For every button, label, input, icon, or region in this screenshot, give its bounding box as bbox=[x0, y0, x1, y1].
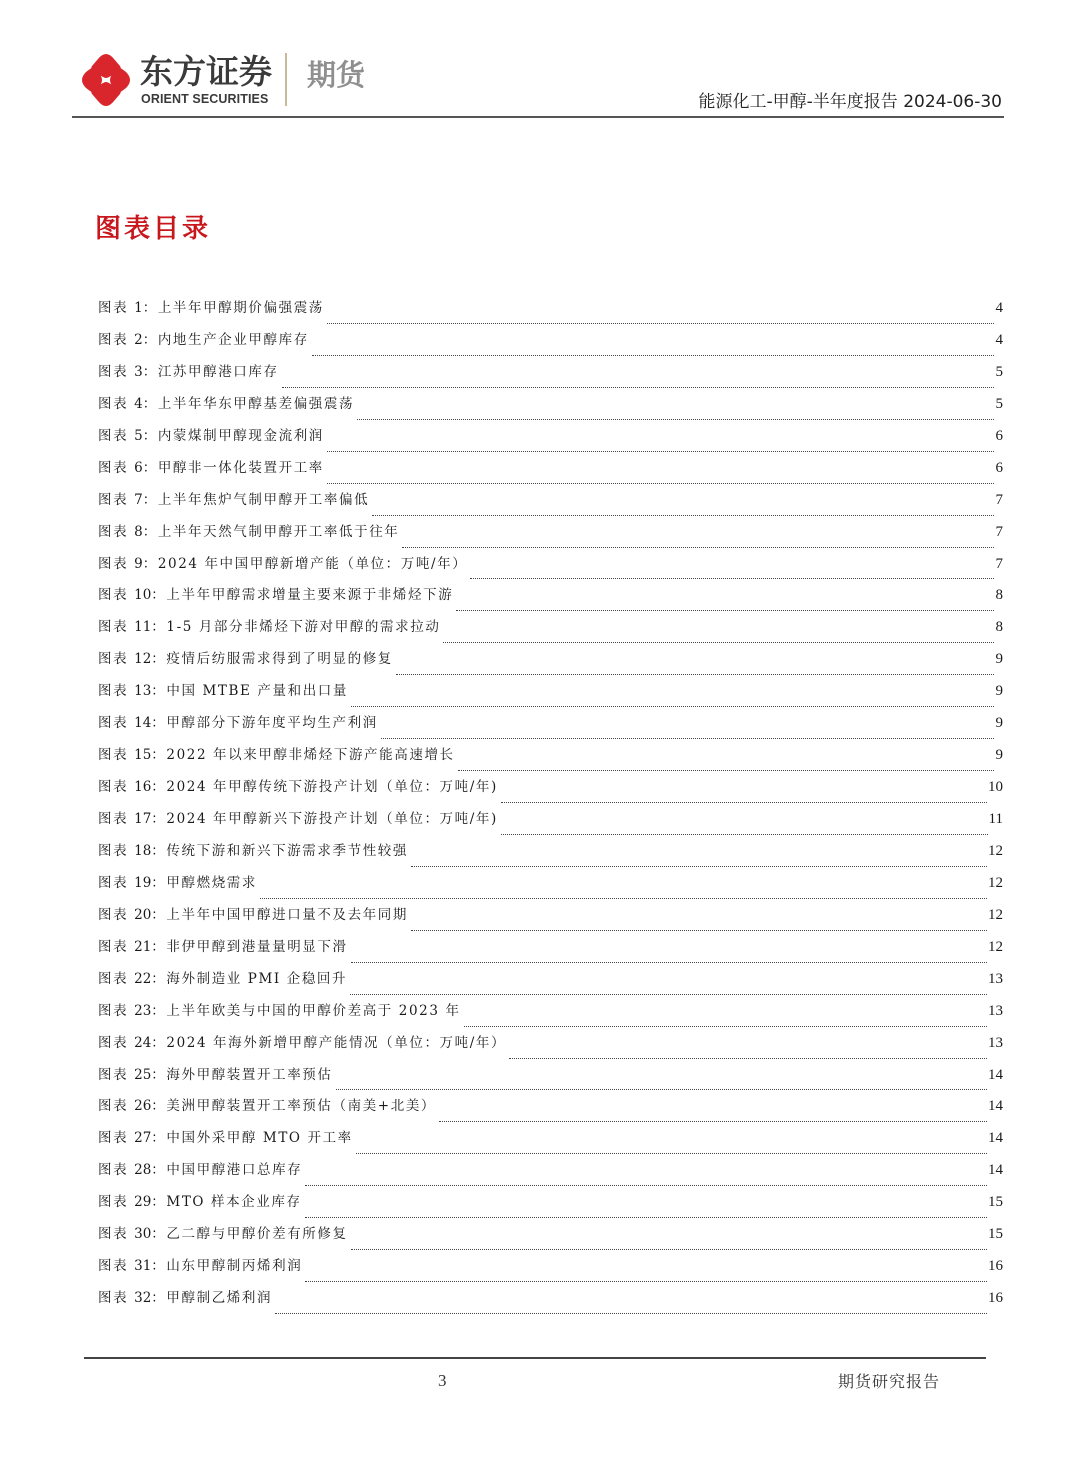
toc-entry-number: 26 bbox=[134, 1098, 151, 1114]
toc-entry[interactable]: 图表 23：上半年欧美与中国的甲醇价差高于 2023 年13 bbox=[98, 1001, 1003, 1033]
toc-entry-prefix: 图表 bbox=[98, 1003, 128, 1019]
toc-entry-separator: ： bbox=[151, 1130, 166, 1146]
footer-label: 期货研究报告 bbox=[838, 1369, 940, 1392]
toc-entry-separator: ： bbox=[143, 460, 158, 476]
toc-dot-leader bbox=[351, 1237, 987, 1251]
toc-entry-title: 上半年中国甲醇进口量不及去年同期 bbox=[166, 907, 408, 923]
toc-entry-page: 13 bbox=[988, 1033, 1003, 1053]
toc-entry[interactable]: 图表 13：中国 MTBE 产量和出口量9 bbox=[98, 681, 1003, 713]
toc-entry-label: 图表 7：上半年焦炉气制甲醇开工率偏低 bbox=[98, 490, 371, 510]
toc-entry-prefix: 图表 bbox=[98, 364, 128, 380]
toc-dot-leader bbox=[282, 375, 994, 389]
toc-entry-number: 29 bbox=[134, 1194, 151, 1210]
toc-entry[interactable]: 图表 17：2024 年甲醇新兴下游投产计划（单位：万吨/年)11 bbox=[98, 809, 1003, 841]
toc-entry-label: 图表 6：甲醇非一体化装置开工率 bbox=[98, 458, 326, 478]
toc-dot-leader bbox=[305, 1269, 987, 1283]
toc-entry-number: 20 bbox=[134, 907, 151, 923]
toc-entry-page: 10 bbox=[988, 777, 1003, 797]
toc-entry-separator: ： bbox=[151, 1194, 166, 1210]
toc-dot-leader bbox=[351, 950, 987, 964]
toc-entry-title: 美洲甲醇装置开工率预估（南美+北美） bbox=[166, 1098, 436, 1114]
toc-entry-title: 上半年甲醇期价偏强震荡 bbox=[158, 300, 324, 316]
toc-entry[interactable]: 图表 32：甲醇制乙烯利润16 bbox=[98, 1288, 1003, 1320]
toc-entry-title: 海外制造业 PMI 企稳回升 bbox=[166, 971, 347, 987]
toc-entry-number: 32 bbox=[134, 1290, 151, 1306]
toc-entry-page: 5 bbox=[995, 394, 1003, 414]
toc-entry-prefix: 图表 bbox=[98, 587, 128, 603]
toc-entry-prefix: 图表 bbox=[98, 1290, 128, 1306]
toc-dot-leader bbox=[351, 694, 994, 708]
toc-entry-label: 图表 14：甲醇部分下游年度平均生产利润 bbox=[98, 713, 380, 733]
toc-dot-leader bbox=[464, 1014, 987, 1028]
toc-entry[interactable]: 图表 24：2024 年海外新增甲醇产能情况（单位：万吨/年）13 bbox=[98, 1033, 1003, 1065]
toc-entry-page: 12 bbox=[988, 873, 1003, 893]
toc-entry-number: 2 bbox=[134, 332, 143, 348]
toc-title: 图表目录 bbox=[95, 212, 211, 246]
toc-dot-leader bbox=[312, 343, 994, 357]
toc-entry-prefix: 图表 bbox=[98, 396, 128, 412]
toc-entry-title: 上半年欧美与中国的甲醇价差高于 2023 年 bbox=[166, 1003, 460, 1019]
toc-entry-page: 7 bbox=[995, 554, 1003, 574]
toc-entry-prefix: 图表 bbox=[98, 524, 128, 540]
toc-entry-title: 非伊甲醇到港量量明显下滑 bbox=[166, 939, 347, 955]
toc-entry-title: 甲醇燃烧需求 bbox=[166, 875, 257, 891]
toc-entry-label: 图表 31：山东甲醇制丙烯利润 bbox=[98, 1256, 304, 1276]
toc-entry[interactable]: 图表 2：内地生产企业甲醇库存4 bbox=[98, 330, 1003, 362]
toc-entry-prefix: 图表 bbox=[98, 683, 128, 699]
toc-entry-prefix: 图表 bbox=[98, 428, 128, 444]
toc-dot-leader bbox=[327, 471, 994, 485]
toc-entry-title: 传统下游和新兴下游需求季节性较强 bbox=[166, 843, 408, 859]
toc-entry-separator: ： bbox=[151, 1226, 166, 1242]
toc-entry-label: 图表 24：2024 年海外新增甲醇产能情况（单位：万吨/年） bbox=[98, 1033, 508, 1053]
toc-entry-page: 15 bbox=[988, 1192, 1003, 1212]
toc-entry-separator: ： bbox=[151, 843, 166, 859]
toc-entry-number: 13 bbox=[134, 683, 151, 699]
toc-dot-leader bbox=[372, 503, 994, 517]
toc-entry[interactable]: 图表 6：甲醇非一体化装置开工率6 bbox=[98, 458, 1003, 490]
toc-entry-title: 上半年华东甲醇基差偏强震荡 bbox=[158, 396, 354, 412]
toc-entry-prefix: 图表 bbox=[98, 779, 128, 795]
toc-entry-page: 7 bbox=[995, 522, 1003, 542]
toc-entry-title: 2024 年海外新增甲醇产能情况（单位：万吨/年） bbox=[166, 1035, 506, 1051]
toc-entry-page: 12 bbox=[988, 841, 1003, 861]
toc-entry-separator: ： bbox=[151, 779, 166, 795]
toc-entry[interactable]: 图表 19：甲醇燃烧需求12 bbox=[98, 873, 1003, 905]
toc-entry-prefix: 图表 bbox=[98, 651, 128, 667]
toc-entry-separator: ： bbox=[151, 1067, 166, 1083]
toc-entry-separator: ： bbox=[151, 907, 166, 923]
toc-entry-label: 图表 23：上半年欧美与中国的甲醇价差高于 2023 年 bbox=[98, 1001, 463, 1021]
footer-page-number: 3 bbox=[438, 1371, 447, 1391]
toc-entry[interactable]: 图表 1：上半年甲醇期价偏强震荡4 bbox=[98, 298, 1003, 330]
toc-entry-label: 图表 1：上半年甲醇期价偏强震荡 bbox=[98, 298, 326, 318]
toc-entry[interactable]: 图表 12：疫情后纺服需求得到了明显的修复9 bbox=[98, 649, 1003, 681]
toc-dot-leader bbox=[501, 822, 988, 836]
toc-entry-separator: ： bbox=[143, 396, 158, 412]
toc-entry-number: 8 bbox=[134, 524, 143, 540]
logo-company-name-cn: 东方证券 bbox=[140, 53, 272, 91]
toc-entry-separator: ： bbox=[151, 651, 166, 667]
toc-entry-prefix: 图表 bbox=[98, 875, 128, 891]
toc-entry-number: 1 bbox=[134, 300, 143, 316]
toc-dot-leader bbox=[356, 1141, 987, 1155]
toc-entry-separator: ： bbox=[151, 1162, 166, 1178]
toc-entry-prefix: 图表 bbox=[98, 300, 128, 316]
toc-dot-leader bbox=[443, 630, 994, 644]
toc-entry-title: 山东甲醇制丙烯利润 bbox=[166, 1258, 302, 1274]
toc-entry-page: 9 bbox=[995, 713, 1003, 733]
toc-entry[interactable]: 图表 20：上半年中国甲醇进口量不及去年同期12 bbox=[98, 905, 1003, 937]
toc-entry-page: 14 bbox=[988, 1096, 1003, 1116]
toc-entry-title: 疫情后纺服需求得到了明显的修复 bbox=[166, 651, 393, 667]
toc-entry-title: 乙二醇与甲醇价差有所修复 bbox=[166, 1226, 347, 1242]
toc-entry-label: 图表 13：中国 MTBE 产量和出口量 bbox=[98, 681, 350, 701]
toc-entry-prefix: 图表 bbox=[98, 556, 128, 572]
toc-entry-page: 12 bbox=[988, 937, 1003, 957]
toc-dot-leader bbox=[336, 1077, 987, 1091]
toc-entry-separator: ： bbox=[143, 300, 158, 316]
toc-entry-label: 图表 32：甲醇制乙烯利润 bbox=[98, 1288, 274, 1308]
toc-entry-prefix: 图表 bbox=[98, 1226, 128, 1242]
toc-entry-number: 24 bbox=[134, 1035, 151, 1051]
toc-entry-page: 4 bbox=[995, 298, 1003, 318]
toc-entry-number: 27 bbox=[134, 1130, 151, 1146]
toc-dot-leader bbox=[458, 758, 994, 772]
toc-entry-title: 2024 年甲醇新兴下游投产计划（单位：万吨/年) bbox=[166, 811, 497, 827]
toc-entry-page: 4 bbox=[995, 330, 1003, 350]
toc-entry-number: 31 bbox=[134, 1258, 151, 1274]
toc-entry[interactable]: 图表 16：2024 年甲醇传统下游投产计划（单位：万吨/年)10 bbox=[98, 777, 1003, 809]
toc-entry-separator: ： bbox=[143, 428, 158, 444]
toc-entry[interactable]: 图表 14：甲醇部分下游年度平均生产利润9 bbox=[98, 713, 1003, 745]
toc-entry-number: 5 bbox=[134, 428, 143, 444]
toc-entry-number: 11 bbox=[134, 619, 151, 635]
toc-entry[interactable]: 图表 22：海外制造业 PMI 企稳回升13 bbox=[98, 969, 1003, 1001]
toc-entry-title: 上半年天然气制甲醇开工率低于往年 bbox=[158, 524, 400, 540]
toc-entry-label: 图表 29：MTO 样本企业库存 bbox=[98, 1192, 304, 1212]
toc-entry-separator: ： bbox=[143, 556, 158, 572]
toc-entry-separator: ： bbox=[151, 1035, 166, 1051]
toc-entry[interactable]: 图表 28：中国甲醇港口总库存14 bbox=[98, 1160, 1003, 1192]
toc-entry-separator: ： bbox=[151, 875, 166, 891]
toc-entry[interactable]: 图表 8：上半年天然气制甲醇开工率低于往年7 bbox=[98, 522, 1003, 554]
toc-dot-leader bbox=[456, 598, 994, 612]
toc-entry-label: 图表 28：中国甲醇港口总库存 bbox=[98, 1160, 304, 1180]
toc-dot-leader bbox=[357, 407, 994, 421]
toc-entry-page: 9 bbox=[995, 745, 1003, 765]
toc-entry-number: 18 bbox=[134, 843, 151, 859]
toc-entry-page: 15 bbox=[988, 1224, 1003, 1244]
toc-entry-prefix: 图表 bbox=[98, 492, 128, 508]
toc-entry-page: 12 bbox=[988, 905, 1003, 925]
toc-entry-number: 22 bbox=[134, 971, 151, 987]
toc-entry-label: 图表 17：2024 年甲醇新兴下游投产计划（单位：万吨/年) bbox=[98, 809, 500, 829]
toc-entry-title: MTO 样本企业库存 bbox=[166, 1194, 301, 1210]
toc-entry-page: 5 bbox=[995, 362, 1003, 382]
toc-dot-leader bbox=[275, 1301, 987, 1315]
toc-dot-leader bbox=[305, 1205, 987, 1219]
toc-entry-number: 3 bbox=[134, 364, 143, 380]
toc-entry-label: 图表 12：疫情后纺服需求得到了明显的修复 bbox=[98, 649, 395, 669]
toc-entry-page: 6 bbox=[995, 426, 1003, 446]
logo-divider bbox=[285, 53, 287, 106]
toc-entry-number: 4 bbox=[134, 396, 143, 412]
toc-entry-label: 图表 20：上半年中国甲醇进口量不及去年同期 bbox=[98, 905, 410, 925]
toc-entry-label: 图表 3：江苏甲醇港口库存 bbox=[98, 362, 281, 382]
toc-entry-label: 图表 26：美洲甲醇装置开工率预估（南美+北美） bbox=[98, 1096, 438, 1116]
toc-entry-number: 16 bbox=[134, 779, 151, 795]
header-divider bbox=[72, 116, 1004, 118]
toc-entry-separator: ： bbox=[143, 364, 158, 380]
toc-entry-page: 11 bbox=[989, 809, 1003, 829]
toc-entry-title: 1-5 月部分非烯烃下游对甲醇的需求拉动 bbox=[166, 619, 440, 635]
toc-entry[interactable]: 图表 31：山东甲醇制丙烯利润16 bbox=[98, 1256, 1003, 1288]
toc-entry-number: 14 bbox=[134, 715, 151, 731]
toc-entry[interactable]: 图表 5：内蒙煤制甲醇现金流利润6 bbox=[98, 426, 1003, 458]
toc-entry-title: 甲醇制乙烯利润 bbox=[166, 1290, 272, 1306]
toc-dot-leader bbox=[470, 566, 994, 580]
toc-dot-leader bbox=[411, 918, 987, 932]
toc-entry-prefix: 图表 bbox=[98, 460, 128, 476]
toc-entry-page: 7 bbox=[995, 490, 1003, 510]
toc-entry[interactable]: 图表 21：非伊甲醇到港量量明显下滑12 bbox=[98, 937, 1003, 969]
toc-entry-page: 14 bbox=[988, 1128, 1003, 1148]
toc-entry-title: 2024 年中国甲醇新增产能（单位：万吨/年） bbox=[158, 556, 468, 572]
toc-entry-prefix: 图表 bbox=[98, 1035, 128, 1051]
toc-entry-page: 13 bbox=[988, 969, 1003, 989]
toc-entry-number: 30 bbox=[134, 1226, 151, 1242]
toc-entry[interactable]: 图表 25：海外甲醇装置开工率预估14 bbox=[98, 1065, 1003, 1097]
toc-entry-number: 9 bbox=[134, 556, 143, 572]
toc-entry-number: 19 bbox=[134, 875, 151, 891]
toc-dot-leader bbox=[327, 439, 994, 453]
toc-entry-title: 内蒙煤制甲醇现金流利润 bbox=[158, 428, 324, 444]
toc-entry-number: 17 bbox=[134, 811, 151, 827]
toc-entry-separator: ： bbox=[151, 1003, 166, 1019]
logo-division: 期货 bbox=[307, 58, 365, 92]
toc-entry-title: 上半年焦炉气制甲醇开工率偏低 bbox=[158, 492, 369, 508]
toc-entry-separator: ： bbox=[151, 939, 166, 955]
toc-dot-leader bbox=[381, 726, 994, 740]
toc-entry-title: 海外甲醇装置开工率预估 bbox=[166, 1067, 332, 1083]
toc-entry-number: 28 bbox=[134, 1162, 151, 1178]
toc-entry-title: 中国 MTBE 产量和出口量 bbox=[166, 683, 348, 699]
toc-dot-leader bbox=[327, 311, 994, 325]
toc-entry-prefix: 图表 bbox=[98, 332, 128, 348]
toc-entry-label: 图表 15：2022 年以来甲醇非烯烃下游产能高速增长 bbox=[98, 745, 457, 765]
toc-dot-leader bbox=[411, 854, 987, 868]
toc-entry-page: 6 bbox=[995, 458, 1003, 478]
logo-company-name-en: ORIENT SECURITIES bbox=[141, 92, 268, 106]
toc-entry[interactable]: 图表 27：中国外采甲醇 MTO 开工率14 bbox=[98, 1128, 1003, 1160]
toc-dot-leader bbox=[396, 662, 994, 676]
toc-entry-page: 8 bbox=[995, 617, 1003, 637]
toc-entry-separator: ： bbox=[151, 747, 166, 763]
toc-entry-prefix: 图表 bbox=[98, 1258, 128, 1274]
toc-entry-separator: ： bbox=[143, 332, 158, 348]
toc-entry[interactable]: 图表 3：江苏甲醇港口库存5 bbox=[98, 362, 1003, 394]
toc-entry-label: 图表 27：中国外采甲醇 MTO 开工率 bbox=[98, 1128, 355, 1148]
toc-entry-number: 6 bbox=[134, 460, 143, 476]
toc-entry[interactable]: 图表 4：上半年华东甲醇基差偏强震荡5 bbox=[98, 394, 1003, 426]
toc-entry-prefix: 图表 bbox=[98, 1067, 128, 1083]
toc-entry-prefix: 图表 bbox=[98, 811, 128, 827]
toc-entry[interactable]: 图表 18：传统下游和新兴下游需求季节性较强12 bbox=[98, 841, 1003, 873]
toc-entry-label: 图表 18：传统下游和新兴下游需求季节性较强 bbox=[98, 841, 410, 861]
toc-entry[interactable]: 图表 15：2022 年以来甲醇非烯烃下游产能高速增长9 bbox=[98, 745, 1003, 777]
toc-entry-label: 图表 8：上半年天然气制甲醇开工率低于往年 bbox=[98, 522, 401, 542]
toc-entry-title: 2024 年甲醇传统下游投产计划（单位：万吨/年) bbox=[166, 779, 497, 795]
toc-entry-page: 14 bbox=[988, 1065, 1003, 1085]
toc-entry-separator: ： bbox=[151, 619, 166, 635]
toc-entry-label: 图表 11：1-5 月部分非烯烃下游对甲醇的需求拉动 bbox=[98, 617, 442, 637]
toc-entry-label: 图表 5：内蒙煤制甲醇现金流利润 bbox=[98, 426, 326, 446]
toc-entry-prefix: 图表 bbox=[98, 971, 128, 987]
table-of-figures: 图表 1：上半年甲醇期价偏强震荡4图表 2：内地生产企业甲醇库存4图表 3：江苏… bbox=[98, 298, 1003, 1320]
toc-entry-title: 甲醇部分下游年度平均生产利润 bbox=[166, 715, 377, 731]
toc-entry-number: 12 bbox=[134, 651, 151, 667]
toc-entry-separator: ： bbox=[151, 1098, 166, 1114]
toc-entry-separator: ： bbox=[151, 715, 166, 731]
toc-entry-prefix: 图表 bbox=[98, 1130, 128, 1146]
toc-entry-page: 16 bbox=[988, 1256, 1003, 1276]
toc-entry-separator: ： bbox=[151, 1258, 166, 1274]
report-title: 能源化工-甲醇-半年度报告 2024-06-30 bbox=[699, 91, 1002, 113]
toc-entry-number: 21 bbox=[134, 939, 151, 955]
toc-entry-number: 10 bbox=[134, 587, 151, 603]
toc-entry-title: 甲醇非一体化装置开工率 bbox=[158, 460, 324, 476]
toc-dot-leader bbox=[350, 982, 987, 996]
toc-entry-page: 9 bbox=[995, 681, 1003, 701]
toc-entry-number: 7 bbox=[134, 492, 143, 508]
toc-entry-page: 13 bbox=[988, 1001, 1003, 1021]
toc-entry-separator: ： bbox=[151, 1290, 166, 1306]
toc-entry[interactable]: 图表 7：上半年焦炉气制甲醇开工率偏低7 bbox=[98, 490, 1003, 522]
toc-entry-label: 图表 19：甲醇燃烧需求 bbox=[98, 873, 259, 893]
toc-entry-label: 图表 9：2024 年中国甲醇新增产能（单位：万吨/年） bbox=[98, 554, 469, 574]
page-header: 东方证券 ORIENT SECURITIES 期货 能源化工-甲醇-半年度报告 … bbox=[0, 0, 1080, 120]
toc-entry-separator: ： bbox=[143, 492, 158, 508]
toc-entry-label: 图表 2：内地生产企业甲醇库存 bbox=[98, 330, 311, 350]
toc-entry-number: 15 bbox=[134, 747, 151, 763]
toc-entry-prefix: 图表 bbox=[98, 747, 128, 763]
toc-entry-page: 16 bbox=[988, 1288, 1003, 1308]
toc-entry[interactable]: 图表 26：美洲甲醇装置开工率预估（南美+北美）14 bbox=[98, 1096, 1003, 1128]
toc-entry-prefix: 图表 bbox=[98, 939, 128, 955]
toc-entry-label: 图表 25：海外甲醇装置开工率预估 bbox=[98, 1065, 335, 1085]
toc-entry-number: 23 bbox=[134, 1003, 151, 1019]
toc-entry-title: 上半年甲醇需求增量主要来源于非烯烃下游 bbox=[166, 587, 453, 603]
toc-entry-prefix: 图表 bbox=[98, 1098, 128, 1114]
toc-entry-prefix: 图表 bbox=[98, 907, 128, 923]
toc-dot-leader bbox=[305, 1173, 987, 1187]
toc-entry-prefix: 图表 bbox=[98, 1162, 128, 1178]
toc-entry-separator: ： bbox=[151, 811, 166, 827]
toc-entry-page: 14 bbox=[988, 1160, 1003, 1180]
toc-entry[interactable]: 图表 10：上半年甲醇需求增量主要来源于非烯烃下游8 bbox=[98, 585, 1003, 617]
toc-entry-page: 9 bbox=[995, 649, 1003, 669]
toc-entry-separator: ： bbox=[143, 524, 158, 540]
toc-entry-prefix: 图表 bbox=[98, 843, 128, 859]
toc-entry[interactable]: 图表 29：MTO 样本企业库存15 bbox=[98, 1192, 1003, 1224]
toc-entry-prefix: 图表 bbox=[98, 1194, 128, 1210]
toc-entry-label: 图表 4：上半年华东甲醇基差偏强震荡 bbox=[98, 394, 356, 414]
toc-dot-leader bbox=[509, 1046, 987, 1060]
toc-entry-prefix: 图表 bbox=[98, 715, 128, 731]
footer-divider bbox=[84, 1357, 986, 1359]
toc-entry[interactable]: 图表 9：2024 年中国甲醇新增产能（单位：万吨/年）7 bbox=[98, 554, 1003, 586]
toc-entry-label: 图表 30：乙二醇与甲醇价差有所修复 bbox=[98, 1224, 350, 1244]
toc-entry-separator: ： bbox=[151, 683, 166, 699]
toc-entry[interactable]: 图表 11：1-5 月部分非烯烃下游对甲醇的需求拉动8 bbox=[98, 617, 1003, 649]
toc-entry-label: 图表 16：2024 年甲醇传统下游投产计划（单位：万吨/年) bbox=[98, 777, 500, 797]
toc-entry-title: 2022 年以来甲醇非烯烃下游产能高速增长 bbox=[166, 747, 454, 763]
toc-entry-title: 中国甲醇港口总库存 bbox=[166, 1162, 302, 1178]
toc-entry-title: 中国外采甲醇 MTO 开工率 bbox=[166, 1130, 352, 1146]
orient-securities-logo-icon bbox=[80, 52, 132, 108]
toc-entry-label: 图表 21：非伊甲醇到港量量明显下滑 bbox=[98, 937, 350, 957]
toc-entry-separator: ： bbox=[151, 971, 166, 987]
toc-dot-leader bbox=[501, 790, 987, 804]
toc-entry[interactable]: 图表 30：乙二醇与甲醇价差有所修复15 bbox=[98, 1224, 1003, 1256]
toc-entry-number: 25 bbox=[134, 1067, 151, 1083]
toc-entry-label: 图表 10：上半年甲醇需求增量主要来源于非烯烃下游 bbox=[98, 585, 455, 605]
toc-entry-label: 图表 22：海外制造业 PMI 企稳回升 bbox=[98, 969, 349, 989]
toc-entry-title: 内地生产企业甲醇库存 bbox=[158, 332, 309, 348]
toc-dot-leader bbox=[402, 535, 994, 549]
toc-entry-title: 江苏甲醇港口库存 bbox=[158, 364, 279, 380]
toc-entry-prefix: 图表 bbox=[98, 619, 128, 635]
toc-entry-separator: ： bbox=[151, 587, 166, 603]
toc-dot-leader bbox=[260, 886, 987, 900]
toc-entry-page: 8 bbox=[995, 585, 1003, 605]
toc-dot-leader bbox=[439, 1109, 987, 1123]
